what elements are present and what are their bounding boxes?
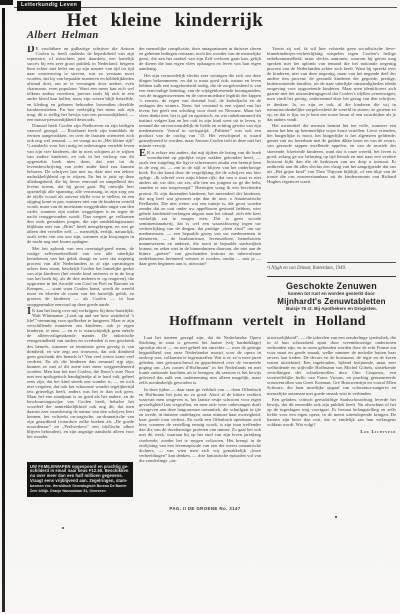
ad-brand: Mijnhardt's Zenuwtabletten [267, 297, 396, 306]
scan-edge-line [2, 8, 5, 612]
article2-column-1: Laat het meteen gezegd zijn, dat de Nede… [139, 335, 261, 505]
newspaper-page: Letterkundig Leven Het kleine kinderrijk… [0, 0, 400, 614]
paragraph: Ditmaal heeft Coolen zijn Peelhoeven en … [27, 123, 134, 244]
paragraph: der menselijke complicatie, door antagon… [139, 46, 261, 71]
paragraph: Laat het meteen gezegd zijn, dat de Nede… [139, 335, 261, 385]
paragraph: IK kan het lastig over mij verkrijgen, b… [27, 308, 134, 439]
dropcap: E [139, 150, 146, 159]
paragraph: Het zijn vermoedelijk slechts zeer weini… [139, 73, 261, 149]
ad-line: Zeer billijk. Oranje Nassaulaan 51, Over… [30, 489, 130, 494]
footnote: ¹) Nijgh en van Ditmar, Rotterdam, 1949. [267, 266, 396, 272]
article1-column-2: der menselijke complicatie, door antagon… [139, 46, 261, 307]
article2-signature: Lou Lichtveld [267, 429, 396, 434]
dropcap: D [27, 46, 35, 55]
scan-corner-mark [0, 0, 13, 5]
scan-speck [62, 527, 64, 529]
ad-detail: Buisje 75 ct. Bij Apothekers en Drogiste… [267, 306, 396, 312]
paragraph: DE vruchtbare en gulhartige schrijver di… [27, 46, 134, 122]
article1-column-1: DE vruchtbare en gulhartige schrijver di… [27, 46, 134, 458]
article1-column-3: Voorts zij wel, ik wil hier volstrekt ge… [267, 46, 396, 260]
dropcap: I [27, 308, 31, 317]
ad-geschokte-zenuwen: Geschokte Zenuwen komen tot rust en word… [267, 281, 396, 312]
paragraph: Het merendeel der mensen bemint het ten … [267, 123, 396, 184]
paragraph: Voorts zij wel, ik wil hier volstrekt ge… [267, 46, 396, 122]
article2-column-2: uitwisselijkheid”, — die taferelen van e… [267, 335, 396, 505]
article1-title: Het kleine kinderrijk [35, 11, 295, 31]
paragraph: In deze tijden — daar staat ge verbluft … [139, 387, 261, 463]
footnote-rule [267, 262, 396, 263]
scan-speck [335, 516, 337, 518]
paragraph: Een geladen, critisch geestdriftige Stad… [267, 397, 396, 427]
paragraph: uitwisselijkheid”, — die taferelen van e… [267, 335, 396, 396]
page-footer: PAG. II DE GROENE No. 3147 [140, 507, 270, 511]
ad-heading: Geschokte Zenuwen [267, 281, 396, 291]
ad-familiewapen: UW FAMILIEWAPEN opgespoord en prachtig g… [27, 462, 133, 497]
article2-title: Hoffmann vertelt in Holland [139, 314, 396, 329]
paragraph: ER is echter iets anders, dat mij tijden… [139, 150, 261, 266]
paragraph: Met het aplomb van een overtuigd-goed me… [27, 246, 134, 307]
article1-byline: Albert Helman [27, 31, 99, 42]
ad-divider-rule [267, 276, 396, 277]
